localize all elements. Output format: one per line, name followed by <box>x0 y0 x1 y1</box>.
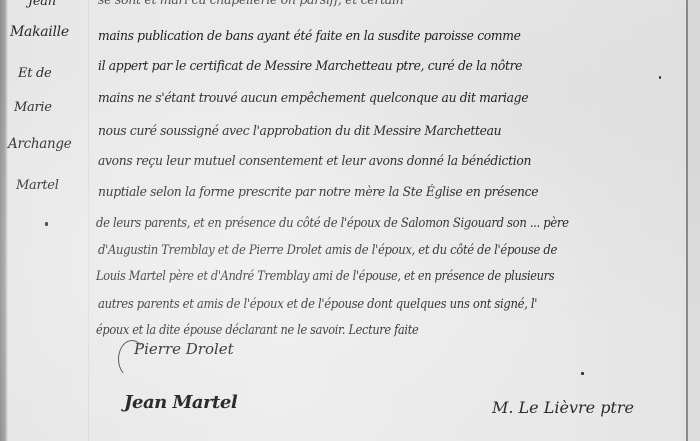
text-line: autres parents et amis de l'époux et de … <box>98 296 537 311</box>
margin-line: Makaille <box>10 24 69 40</box>
text-line: mains publication de bans ayant été fait… <box>98 28 521 43</box>
margin-line: Archange <box>8 136 71 152</box>
text-line: nuptiale selon la forme prescrite par no… <box>98 184 538 199</box>
margin-line: Jean <box>28 0 56 9</box>
margin-line: Martel <box>16 178 59 193</box>
ink-dot <box>581 372 584 375</box>
signature-priest: M. Le Lièvre ptre <box>492 398 634 417</box>
margin-line: Marie <box>14 100 52 115</box>
text-line: d'Augustin Tremblay et de Pierre Drolet … <box>98 242 557 257</box>
ink-dot <box>659 76 661 79</box>
text-line: nous curé soussigné avec l'approbation d… <box>98 123 501 138</box>
margin-divider <box>88 0 89 441</box>
margin-line: Et de <box>18 66 51 81</box>
register-page-scan: Jean Makaille Et de Marie Archange Marte… <box>0 0 700 441</box>
text-line: se sont et mari cu chapellerie on parsif… <box>98 0 403 7</box>
text-line: il appert par le certificat de Messire M… <box>98 58 522 73</box>
text-line: avons reçu leur mutuel consentement et l… <box>98 153 531 168</box>
signature-jean-martel: Jean Martel <box>124 392 237 413</box>
text-line: époux et la dite épouse déclarant ne le … <box>96 322 418 337</box>
page-edge <box>688 0 700 441</box>
text-line: Louis Martel père et d'André Tremblay am… <box>96 268 554 283</box>
text-line: mains ne s'étant trouvé aucun empêchemen… <box>98 90 528 105</box>
text-line: de leurs parents, et en présence du côté… <box>96 215 569 230</box>
signature-flourish <box>118 340 146 378</box>
signature-pierre-drolet: Pierre Drolet <box>134 340 234 358</box>
ink-dot <box>45 222 48 226</box>
